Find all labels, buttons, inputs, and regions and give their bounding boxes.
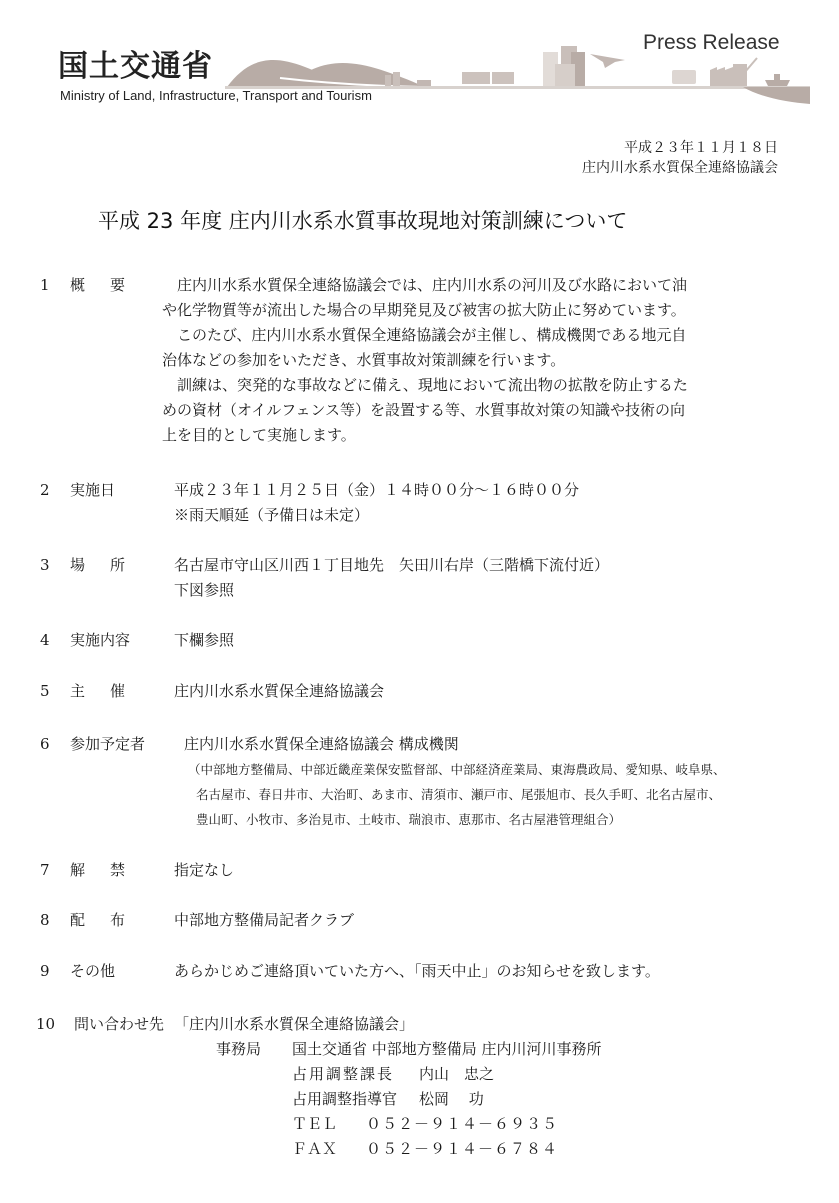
section-text-line: めの資材（オイルフェンス等）を設置する等、水質事故対策の知識や技術の向 — [162, 398, 685, 423]
contact-name: 松岡 功 — [419, 1087, 484, 1112]
section-text-line: 庄内川水系水質保全連絡協議会では、庄内川水系の河川及び水路において油 — [162, 273, 687, 298]
document-title: 平成 23 年度 庄内川水系水質事故現地対策訓練について — [98, 206, 627, 236]
section-number: 4 — [40, 628, 50, 653]
section-label: 概 要 — [70, 273, 130, 298]
section-label: 配 布 — [70, 908, 130, 933]
tel-number[interactable]: ０５２－９１４－６９３５ — [366, 1112, 558, 1137]
contact-name: 内山 忠之 — [419, 1062, 494, 1087]
section-text-line: 上を目的として実施します。 — [162, 423, 356, 448]
section-text-line: このたび、庄内川水系水質保全連絡協議会が主催し、構成機関である地元自 — [162, 323, 686, 348]
contact-title: 占用調整課長 — [292, 1062, 394, 1087]
section-value: 中部地方整備局記者クラブ — [174, 908, 354, 933]
section-number: 5 — [40, 679, 50, 704]
section-label: 解 禁 — [70, 858, 130, 883]
participant-list-line: （中部地方整備局、中部近畿産業保安監督部、中部経済産業局、東海農政局、愛知県、岐… — [188, 757, 726, 782]
section-number: 6 — [40, 732, 50, 757]
section-value: 下欄参照 — [174, 628, 234, 653]
office-name: 国土交通省 中部地方整備局 庄内川河川事務所 — [292, 1037, 602, 1062]
section-number: 3 — [40, 553, 50, 578]
tel-label: ＴＥＬ — [292, 1112, 337, 1137]
fax-label: ＦＡＸ — [292, 1137, 337, 1162]
section-label: 問い合わせ先 — [74, 1012, 164, 1037]
location-address: 名古屋市守山区川西１丁目地先 矢田川右岸（三階橋下流付近） — [174, 553, 609, 578]
section-label: 場 所 — [70, 553, 130, 578]
section-number: 7 — [40, 858, 50, 883]
section-label: その他 — [70, 959, 115, 984]
section-value: 庄内川水系水質保全連絡協議会 — [174, 679, 384, 704]
section-value: 庄内川水系水質保全連絡協議会 構成機関 — [184, 732, 459, 757]
issuer-name: 庄内川水系水質保全連絡協議会 — [582, 158, 778, 178]
section-number: 2 — [40, 478, 50, 503]
location-map-ref: 下図参照 — [174, 578, 234, 603]
ministry-logo-jp: 国土交通省 — [58, 50, 213, 84]
participant-list-line: 名古屋市、春日井市、大治町、あま市、清須市、瀬戸市、尾張旭市、長久手町、北名古屋… — [196, 782, 721, 807]
release-date: 平成２３年１１月１８日 — [624, 138, 778, 158]
participant-list-line: 豊山町、小牧市、多治見市、土岐市、瑞浪市、恵那市、名古屋港管理組合） — [196, 807, 621, 832]
section-number: 9 — [40, 959, 50, 984]
rain-note: ※雨天順延（予備日は未定） — [174, 503, 369, 528]
contact-title: 占用調整指導官 — [292, 1087, 397, 1112]
section-text-line: 訓練は、突発的な事故などに備え、現地において流出物の拡散を防止するた — [162, 373, 688, 398]
section-text-line: 治体などの参加をいただき、水質事故対策訓練を行います。 — [162, 348, 565, 373]
section-number: 8 — [40, 908, 50, 933]
section-number: 10 — [36, 1012, 55, 1037]
section-text-line: や化学物質等が流出した場合の早期発見及び被害の拡大防止に努めています。 — [162, 298, 686, 323]
section-label: 実施内容 — [70, 628, 130, 653]
office-label: 事務局 — [216, 1037, 261, 1062]
event-datetime: 平成２３年１１月２５日（金）１４時００分～１６時００分 — [174, 478, 579, 503]
section-label: 参加予定者 — [70, 732, 145, 757]
fax-number: ０５２－９１４－６７８４ — [366, 1137, 558, 1162]
section-number: 1 — [40, 273, 50, 298]
skyline-graphic-icon — [225, 42, 810, 104]
contact-organization: 「庄内川水系水質保全連絡協議会」 — [174, 1012, 414, 1037]
section-value: あらかじめご連絡頂いていた方へ、「雨天中止」のお知らせを致します。 — [174, 959, 660, 984]
section-label: 実施日 — [70, 478, 115, 503]
section-value: 指定なし — [174, 858, 234, 883]
section-label: 主 催 — [70, 679, 130, 704]
